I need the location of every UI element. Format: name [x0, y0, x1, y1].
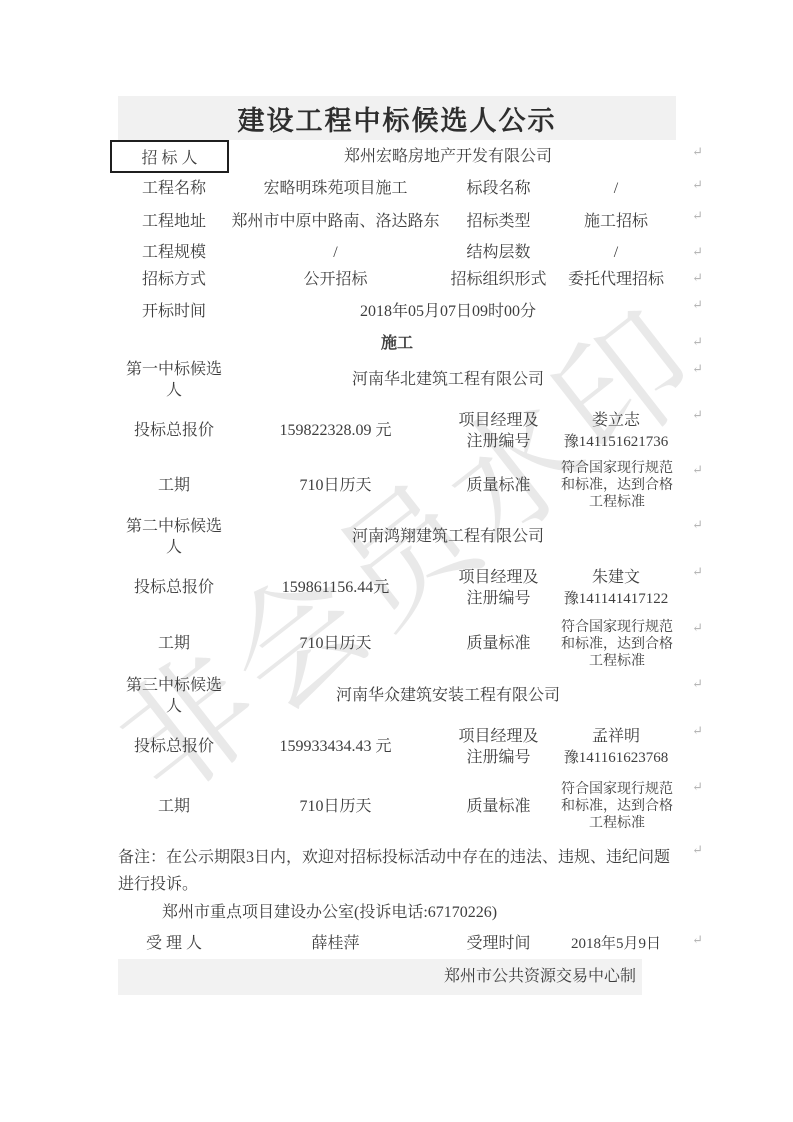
paragraph-mark-icon: ↵	[692, 565, 703, 578]
open-time-label: 开标时间	[118, 302, 230, 322]
paragraph-mark-icon: ↵	[692, 298, 703, 311]
paragraph-mark-icon: ↵	[692, 780, 703, 793]
bidder-label-selected-cell[interactable]: 招 标 人	[110, 140, 229, 173]
candidate-2-manager: 朱建文 豫141141417122	[556, 567, 676, 609]
price-label: 投标总报价	[118, 737, 230, 757]
candidate-1-rank-label: 第一中标候选 人	[118, 359, 230, 401]
scale-label: 工程规模	[118, 243, 230, 263]
row-scale: 工程规模 / 结构层数 / ↵	[118, 240, 676, 266]
candidate-2-duration: 710日历天	[230, 634, 441, 654]
candidate-2-company: 河南鸿翔建筑工程有限公司	[230, 527, 676, 547]
duration-label: 工期	[118, 476, 230, 496]
manager-label: 项目经理及 注册编号	[441, 726, 556, 768]
document-page: 非会员水印 建设工程中标候选人公示 招 标 人 郑州宏略房地产开发有限公司 ↵ …	[0, 0, 793, 1122]
paragraph-mark-icon: ↵	[692, 677, 703, 690]
acceptance-time-label: 受理时间	[441, 934, 556, 954]
footer-maker-bar: 郑州市公共资源交易中心制	[118, 959, 642, 995]
paragraph-mark-icon: ↵	[692, 843, 703, 856]
candidate-3-manager: 孟祥明 豫141161623768	[556, 726, 676, 768]
row-project-name: 工程名称 宏略明珠苑项目施工 标段名称 / ↵	[118, 173, 676, 204]
paragraph-mark-icon: ↵	[692, 621, 703, 634]
method-label: 招标方式	[118, 270, 230, 290]
open-time-value: 2018年05月07日09时00分	[230, 302, 676, 322]
candidate-1-duration: 710日历天	[230, 476, 441, 496]
candidate-3-quality: 符合国家现行规范和标准，达到合格工程标准	[556, 779, 676, 834]
paragraph-mark-icon: ↵	[692, 245, 703, 258]
note-text: 备注：在公示期限3日内，欢迎对招标投标活动中存在的违法、违规、违纪问题进行投诉。	[118, 839, 676, 898]
duration-label: 工期	[118, 634, 230, 654]
row-bidder: 招 标 人 郑州宏略房地产开发有限公司 ↵	[118, 140, 676, 173]
candidate-1-price: 159822328.09 元	[230, 421, 441, 441]
paragraph-mark-icon: ↵	[692, 463, 703, 476]
paragraph-mark-icon: ↵	[692, 145, 703, 158]
acceptance-person-value: 薛桂萍	[230, 934, 441, 954]
office-line: 郑州市重点项目建设办公室(投诉电话:67170226)	[118, 898, 676, 928]
page-title: 建设工程中标候选人公示	[238, 99, 557, 138]
candidate-2-rank-label: 第二中标候选 人	[118, 516, 230, 558]
project-name-label: 工程名称	[118, 179, 230, 199]
org-form-value: 委托代理招标	[556, 270, 676, 290]
section-name-label: 标段名称	[441, 179, 556, 199]
paragraph-mark-icon: ↵	[692, 518, 703, 531]
row-candidate-3-price: 投标总报价 159933434.43 元 项目经理及 注册编号 孟祥明 豫141…	[118, 719, 676, 775]
paragraph-mark-icon: ↵	[692, 933, 703, 946]
row-candidate-2-price: 投标总报价 159861156.44元 项目经理及 注册编号 朱建文 豫1411…	[118, 560, 676, 616]
address-label: 工程地址	[118, 212, 230, 232]
paragraph-mark-icon: ↵	[692, 178, 703, 191]
bidder-value: 郑州宏略房地产开发有限公司	[230, 147, 676, 167]
price-label: 投标总报价	[118, 578, 230, 598]
candidate-1-manager: 娄立志 豫141151621736	[556, 410, 676, 452]
row-candidate-1-duration: 工期 710日历天 质量标准 符合国家现行规范和标准，达到合格工程标准 ↵	[118, 458, 676, 513]
candidate-2-price: 159861156.44元	[230, 578, 441, 598]
manager-label: 项目经理及 注册编号	[441, 410, 556, 452]
paragraph-mark-icon: ↵	[692, 335, 703, 348]
paragraph-mark-icon: ↵	[692, 724, 703, 737]
section-header: 施工	[118, 334, 676, 354]
project-name-value: 宏略明珠苑项目施工	[230, 179, 441, 199]
floors-value: /	[556, 243, 676, 263]
paragraph-mark-icon: ↵	[692, 209, 703, 222]
row-method: 招标方式 公开招标 招标组织形式 委托代理招标 ↵	[118, 266, 676, 293]
row-candidate-1-price: 投标总报价 159822328.09 元 项目经理及 注册编号 娄立志 豫141…	[118, 403, 676, 458]
row-office: 郑州市重点项目建设办公室(投诉电话:67170226)	[118, 898, 676, 928]
quality-label: 质量标准	[441, 797, 556, 817]
scale-value: /	[230, 243, 441, 263]
candidate-3-rank-label: 第三中标候选 人	[118, 675, 230, 717]
acceptance-person-label: 受 理 人	[118, 934, 230, 954]
bid-type-label: 招标类型	[441, 212, 556, 232]
method-value: 公开招标	[230, 270, 441, 290]
row-candidate-2: 第二中标候选 人 河南鸿翔建筑工程有限公司 ↵	[118, 513, 676, 560]
section-name-value: /	[556, 179, 676, 199]
row-candidate-3-duration: 工期 710日历天 质量标准 符合国家现行规范和标准，达到合格工程标准 ↵	[118, 775, 676, 838]
candidate-1-quality: 符合国家现行规范和标准，达到合格工程标准	[556, 458, 676, 513]
row-note: 备注：在公示期限3日内，欢迎对招标投标活动中存在的违法、违规、违纪问题进行投诉。…	[118, 838, 676, 898]
duration-label: 工期	[118, 797, 230, 817]
row-acceptance: 受 理 人 薛桂萍 受理时间 2018年5月9日 ↵	[118, 928, 676, 959]
row-candidate-3: 第三中标候选 人 河南华众建筑安装工程有限公司 ↵	[118, 672, 676, 719]
row-candidate-1: 第一中标候选 人 河南华北建筑工程有限公司 ↵	[118, 357, 676, 403]
manager-label: 项目经理及 注册编号	[441, 567, 556, 609]
candidate-3-price: 159933434.43 元	[230, 737, 441, 757]
quality-label: 质量标准	[441, 634, 556, 654]
paragraph-mark-icon: ↵	[692, 408, 703, 421]
announcement-table: 招 标 人 郑州宏略房地产开发有限公司 ↵ 工程名称 宏略明珠苑项目施工 标段名…	[118, 140, 676, 995]
paragraph-mark-icon: ↵	[692, 271, 703, 284]
bid-type-value: 施工招标	[556, 212, 676, 232]
paragraph-mark-icon: ↵	[692, 362, 703, 375]
floors-label: 结构层数	[441, 243, 556, 263]
row-address: 工程地址 郑州市中原中路南、洛达路东 招标类型 施工招标 ↵	[118, 204, 676, 240]
candidate-2-quality: 符合国家现行规范和标准，达到合格工程标准	[556, 617, 676, 672]
title-bar: 建设工程中标候选人公示	[118, 96, 676, 140]
acceptance-time-value: 2018年5月9日	[556, 934, 676, 954]
candidate-3-duration: 710日历天	[230, 797, 441, 817]
quality-label: 质量标准	[441, 476, 556, 496]
footer-maker-text: 郑州市公共资源交易中心制	[444, 968, 636, 985]
candidate-3-company: 河南华众建筑安装工程有限公司	[230, 686, 676, 706]
row-open-time: 开标时间 2018年05月07日09时00分 ↵	[118, 293, 676, 330]
row-candidate-2-duration: 工期 710日历天 质量标准 符合国家现行规范和标准，达到合格工程标准 ↵	[118, 616, 676, 672]
row-section-header: 施工 ↵	[118, 330, 676, 357]
org-form-label: 招标组织形式	[441, 270, 556, 290]
address-value: 郑州市中原中路南、洛达路东	[230, 212, 441, 232]
price-label: 投标总报价	[118, 421, 230, 441]
candidate-1-company: 河南华北建筑工程有限公司	[230, 370, 676, 390]
